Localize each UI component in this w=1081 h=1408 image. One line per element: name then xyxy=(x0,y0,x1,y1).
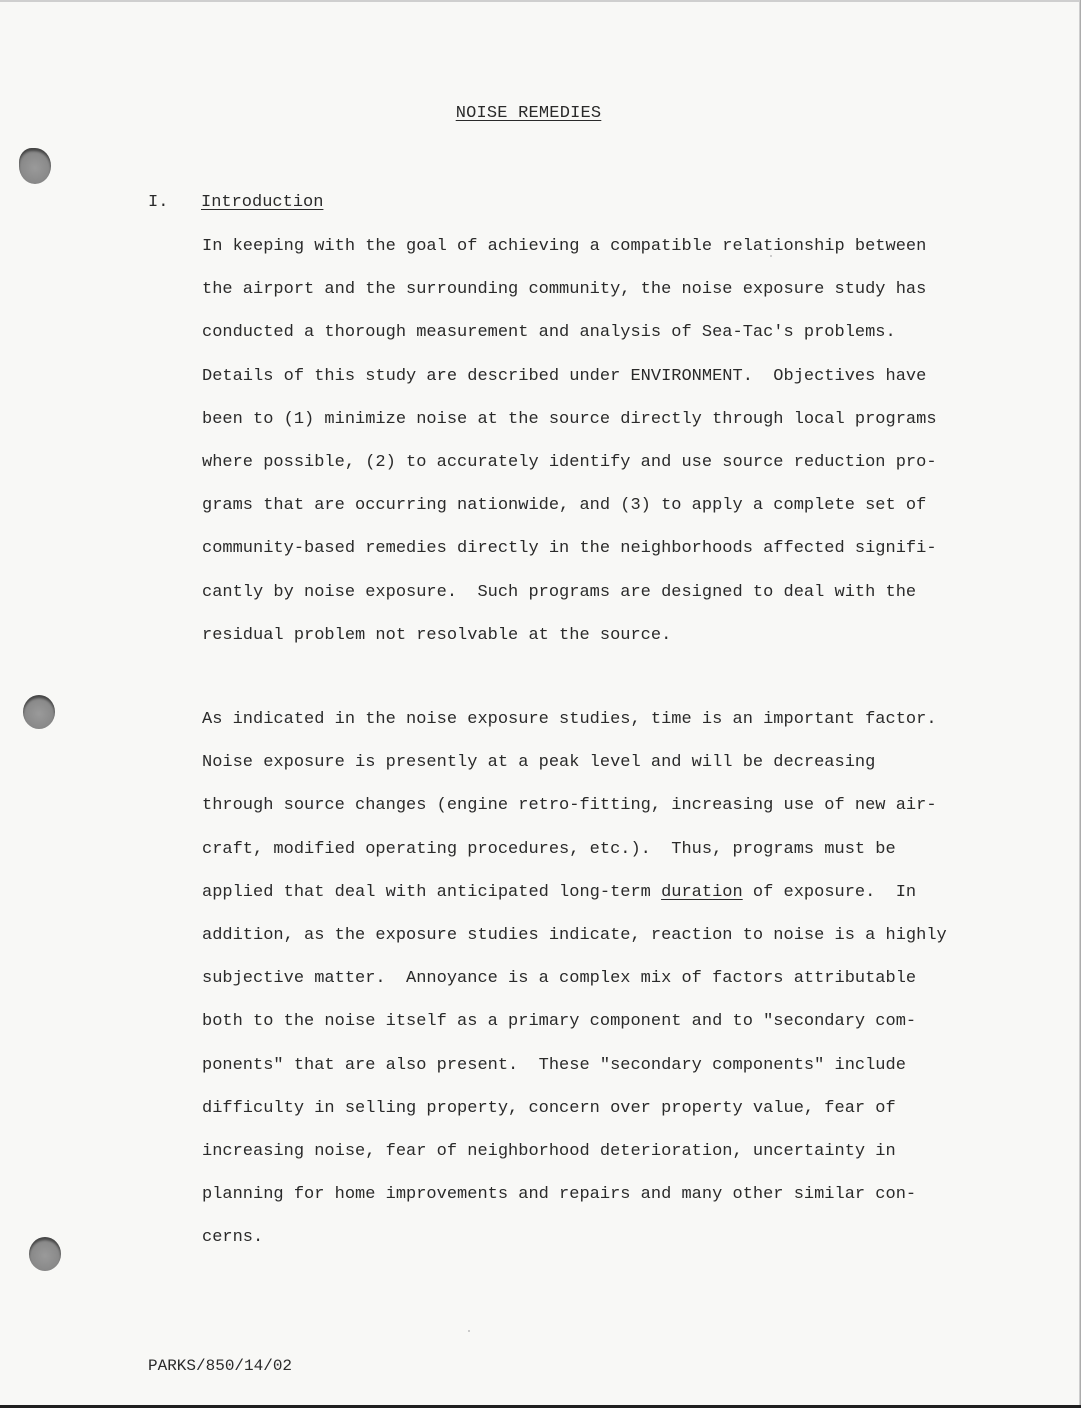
text-line: through source changes (engine retro-fit… xyxy=(202,784,1002,827)
text-line: grams that are occurring nationwide, and… xyxy=(202,484,1002,527)
text-line: where possible, (2) to accurately identi… xyxy=(202,441,1002,484)
text-line: increasing noise, fear of neighborhood d… xyxy=(202,1130,1002,1173)
text-line: community-based remedies directly in the… xyxy=(202,527,1002,570)
section-number: I. xyxy=(148,193,201,212)
document-code: PARKS/850/14/02 xyxy=(148,1357,292,1375)
section-heading: I.Introduction xyxy=(148,193,323,212)
text-line: In keeping with the goal of achieving a … xyxy=(202,225,1002,268)
text-line: subjective matter. Annoyance is a comple… xyxy=(202,957,1002,1000)
emphasized-word: duration xyxy=(661,883,743,902)
text-line: Details of this study are described unde… xyxy=(202,355,1002,398)
paragraph-introduction: In keeping with the goal of achieving a … xyxy=(202,225,1002,657)
text-line: ponents" that are also present. These "s… xyxy=(202,1044,1002,1087)
paper-speck xyxy=(770,255,772,257)
text-line: difficulty in selling property, concern … xyxy=(202,1087,1002,1130)
text-line: cerns. xyxy=(202,1216,1002,1259)
text-line: residual problem not resolvable at the s… xyxy=(202,614,1002,657)
text-line: addition, as the exposure studies indica… xyxy=(202,914,1002,957)
text-line: conducted a thorough measurement and ana… xyxy=(202,311,1002,354)
text-line: As indicated in the noise exposure studi… xyxy=(202,698,1002,741)
page-top-edge xyxy=(0,0,1081,2)
paper-speck xyxy=(468,1330,470,1332)
text-line: been to (1) minimize noise at the source… xyxy=(202,398,1002,441)
section-title: Introduction xyxy=(201,193,323,212)
punch-hole-bottom xyxy=(29,1237,61,1271)
document-title: NOISE REMEDIES xyxy=(0,104,1057,123)
text-line: cantly by noise exposure. Such programs … xyxy=(202,571,1002,614)
text-line: Noise exposure is presently at a peak le… xyxy=(202,741,1002,784)
text-line: applied that deal with anticipated long-… xyxy=(202,871,1002,914)
document-page: NOISE REMEDIES I.Introduction In keeping… xyxy=(0,0,1081,1408)
text-line: planning for home improvements and repai… xyxy=(202,1173,1002,1216)
text-line: both to the noise itself as a primary co… xyxy=(202,1000,1002,1043)
paragraph-time-factor: As indicated in the noise exposure studi… xyxy=(202,698,1002,1259)
punch-hole-middle xyxy=(23,695,55,729)
text-line: the airport and the surrounding communit… xyxy=(202,268,1002,311)
punch-hole-top xyxy=(19,148,51,184)
text-line: craft, modified operating procedures, et… xyxy=(202,828,1002,871)
